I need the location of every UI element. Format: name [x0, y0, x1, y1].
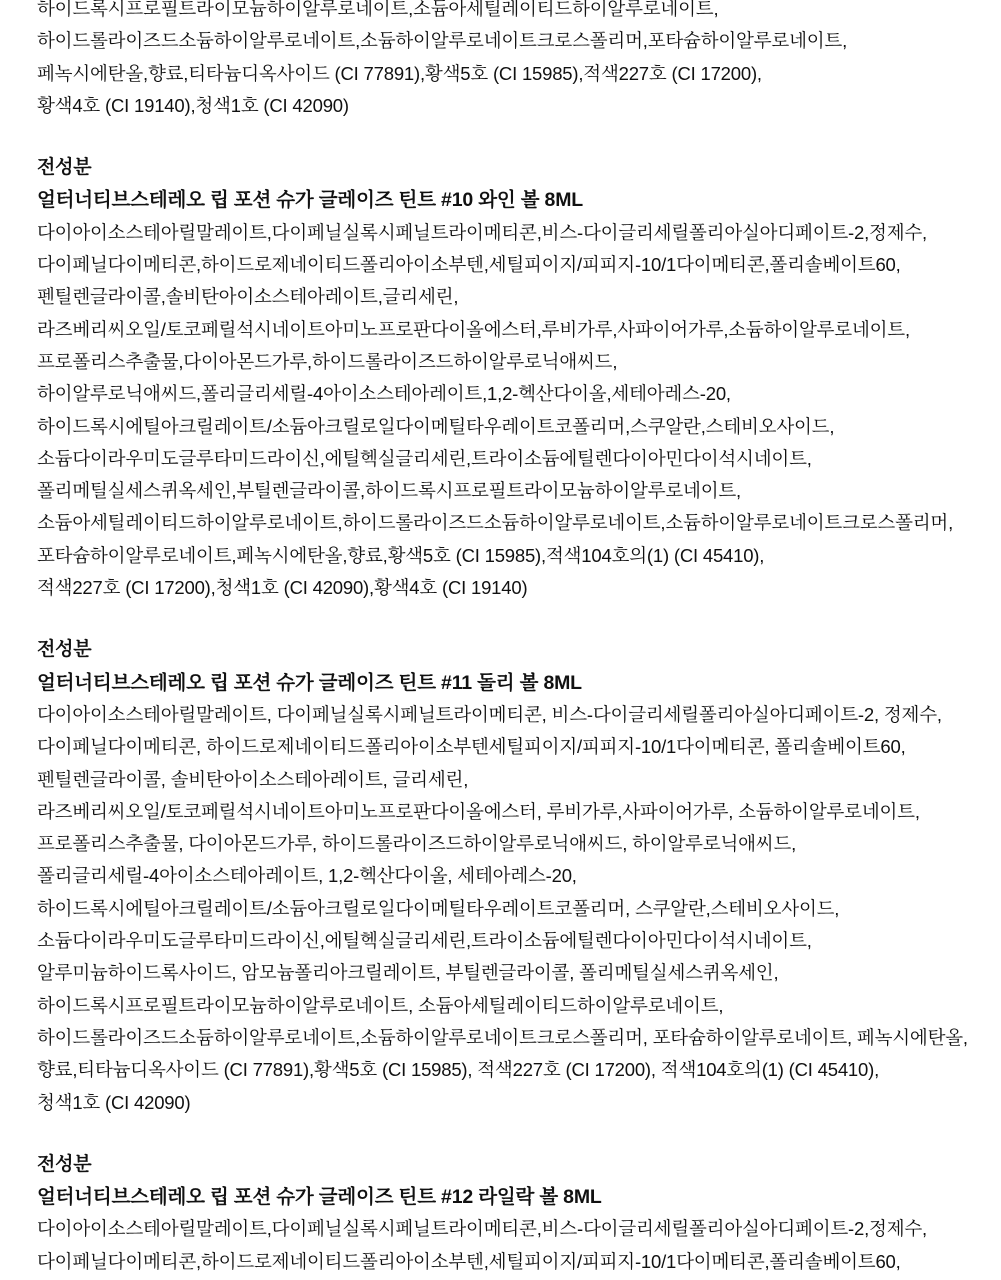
- ingredients-line: 하이드롤라이즈드소듐하이알루로네이트,소듐하이알루로네이트크로스폴리머,포타슘하…: [37, 25, 971, 57]
- ingredients-line: 펜틸렌글라이콜, 솔비탄아이소스테아레이트, 글리세린,: [37, 764, 971, 796]
- ingredients-line: 라즈베리씨오일/토코페릴석시네이트아미노프로판다이올에스터, 루비가루,사파이어…: [37, 796, 971, 828]
- ingredients-line: 향료,티타늄디옥사이드 (CI 77891),황색5호 (CI 15985), …: [37, 1054, 971, 1086]
- ingredients-section: 전성분얼터너티브스테레오 립 포션 슈가 글레이즈 틴트 #12 라일락 볼 8…: [37, 1149, 971, 1278]
- ingredients-line: 소듐다이라우미도글루타미드라이신,에틸헥실글리세린,트라이소듐에틸렌다이아민다이…: [37, 925, 971, 957]
- ingredients-line: 황색4호 (CI 19140),청색1호 (CI 42090): [37, 90, 971, 122]
- ingredients-line: 라즈베리씨오일/토코페릴석시네이트아미노프로판다이올에스터,루비가루,사파이어가…: [37, 314, 971, 346]
- ingredients-line: 하이드록시에틸아크릴레이트/소듐아크릴로일다이메틸타우레이트코폴리머, 스쿠알란…: [37, 893, 971, 925]
- section-heading: 전성분: [37, 634, 971, 666]
- ingredients-line: 소듐다이라우미도글루타미드라이신,에틸헥실글리세린,트라이소듐에틸렌다이아민다이…: [37, 443, 971, 475]
- section-heading: 전성분: [37, 152, 971, 184]
- ingredients-line: 페녹시에탄올,향료,티타늄디옥사이드 (CI 77891),황색5호 (CI 1…: [37, 58, 971, 90]
- product-title: 얼터너티브스테레오 립 포션 슈가 글레이즈 틴트 #12 라일락 볼 8ML: [37, 1181, 971, 1213]
- ingredients-line: 다이페닐다이메티콘, 하이드로제네이티드폴리아이소부텐세틸피이지/피피지-10/…: [37, 731, 971, 763]
- ingredients-line: 다이페닐다이메티콘,하이드로제네이티드폴리아이소부텐,세틸피이지/피피지-10/…: [37, 249, 971, 281]
- ingredients-section: 전성분얼터너티브스테레오 립 포션 슈가 글레이즈 틴트 #11 돌리 볼 8M…: [37, 634, 971, 1118]
- ingredients-section: 전성분얼터너티브스테레오 립 포션 슈가 글레이즈 틴트 #10 와인 볼 8M…: [37, 152, 971, 604]
- ingredients-line: 하이알루로닉애씨드,폴리글리세릴-4아이소스테아레이트,1,2-헥산다이올,세테…: [37, 378, 971, 410]
- ingredients-line: 다이아이소스테아릴말레이트,다이페닐실록시페닐트라이메티콘,비스-다이글리세릴폴…: [37, 217, 971, 249]
- ingredients-line: 폴리글리세릴-4아이소스테아레이트, 1,2-헥산다이올, 세테아레스-20,: [37, 860, 971, 892]
- ingredients-line: 하이드롤라이즈드소듐하이알루로네이트,소듐하이알루로네이트크로스폴리머, 포타슘…: [37, 1022, 971, 1054]
- section-heading: 전성분: [37, 1149, 971, 1181]
- ingredients-line: 다이아이소스테아릴말레이트,다이페닐실록시페닐트라이메티콘,비스-다이글리세릴폴…: [37, 1213, 971, 1245]
- ingredients-line: 하이드록시프로필트라이모늄하이알루로네이트, 소듐아세틸레이티드하이알루로네이트…: [37, 990, 971, 1022]
- ingredients-line: 다이아이소스테아릴말레이트, 다이페닐실록시페닐트라이메티콘, 비스-다이글리세…: [37, 699, 971, 731]
- ingredients-line: 펜틸렌글라이콜,솔비탄아이소스테아레이트,글리세린,: [37, 281, 971, 313]
- product-title: 얼터너티브스테레오 립 포션 슈가 글레이즈 틴트 #10 와인 볼 8ML: [37, 184, 971, 216]
- partial-ingredients-section: 하이드록시프로필트라이모늄하이알루로네이트,소듐아세틸레이티드하이알루로네이트,…: [37, 0, 971, 122]
- ingredients-line: 하이드록시프로필트라이모늄하이알루로네이트,소듐아세틸레이티드하이알루로네이트,: [37, 0, 971, 25]
- ingredients-document: 하이드록시프로필트라이모늄하이알루로네이트,소듐아세틸레이티드하이알루로네이트,…: [0, 0, 1001, 1278]
- ingredients-line: 소듐아세틸레이티드하이알루로네이트,하이드롤라이즈드소듐하이알루로네이트,소듐하…: [37, 507, 971, 539]
- ingredients-line: 알루미늄하이드록사이드, 암모늄폴리아크릴레이트, 부틸렌글라이콜, 폴리메틸실…: [37, 957, 971, 989]
- ingredients-line: 다이페닐다이메티콘,하이드로제네이티드폴리아이소부텐,세틸피이지/피피지-10/…: [37, 1246, 971, 1278]
- ingredients-line: 적색227호 (CI 17200),청색1호 (CI 42090),황색4호 (…: [37, 572, 971, 604]
- ingredients-line: 포타슘하이알루로네이트,페녹시에탄올,향료,황색5호 (CI 15985),적색…: [37, 540, 971, 572]
- product-title: 얼터너티브스테레오 립 포션 슈가 글레이즈 틴트 #11 돌리 볼 8ML: [37, 667, 971, 699]
- ingredients-line: 프로폴리스추출물,다이아몬드가루,하이드롤라이즈드하이알루로닉애씨드,: [37, 346, 971, 378]
- sections-container: 전성분얼터너티브스테레오 립 포션 슈가 글레이즈 틴트 #10 와인 볼 8M…: [37, 152, 971, 1278]
- ingredients-line: 프로폴리스추출물, 다이아몬드가루, 하이드롤라이즈드하이알루로닉애씨드, 하이…: [37, 828, 971, 860]
- ingredients-line: 하이드록시에틸아크릴레이트/소듐아크릴로일다이메틸타우레이트코폴리머,스쿠알란,…: [37, 411, 971, 443]
- ingredients-line: 폴리메틸실세스퀴옥세인,부틸렌글라이콜,하이드록시프로필트라이모늄하이알루로네이…: [37, 475, 971, 507]
- ingredients-line: 청색1호 (CI 42090): [37, 1087, 971, 1119]
